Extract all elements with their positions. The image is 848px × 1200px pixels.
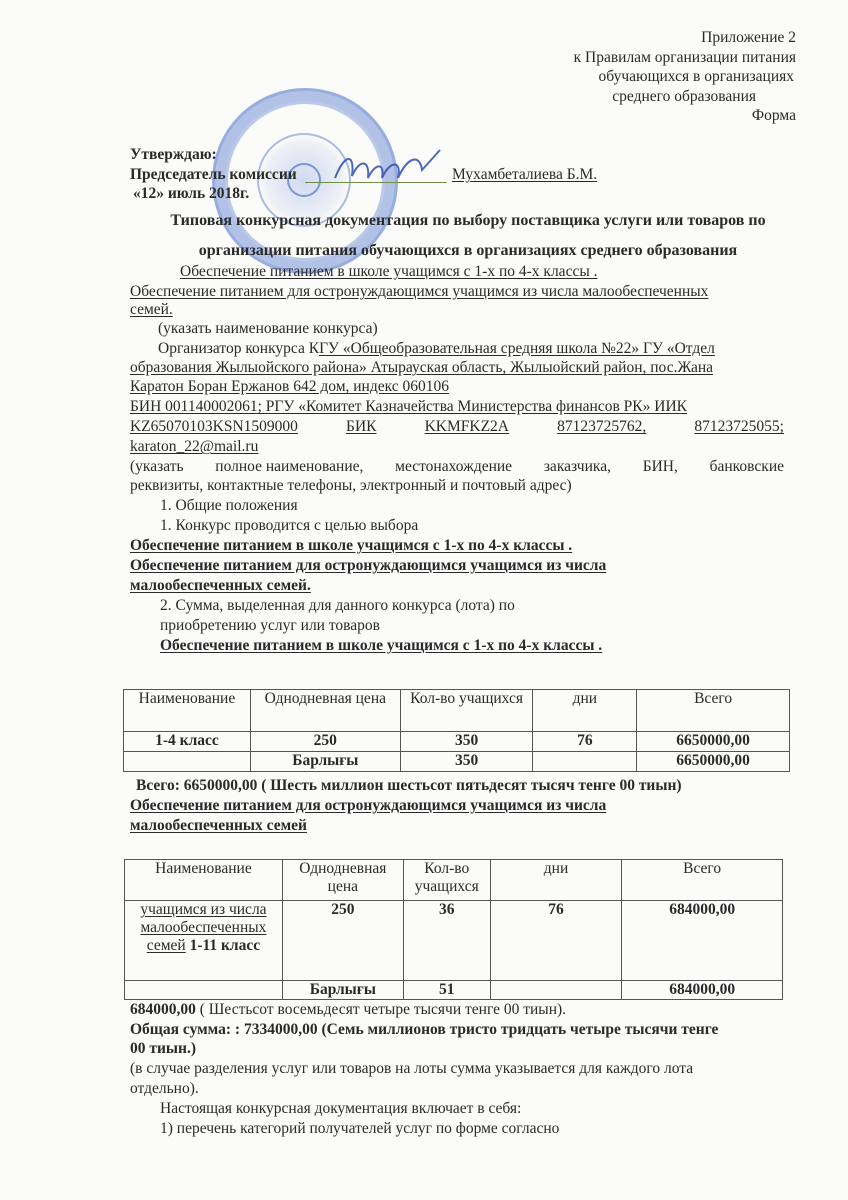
lot2-table: Наименование Однодневная цена Кол-во уча… — [124, 859, 783, 1000]
lot1-title: Обеспечение питанием в школе учащимся с … — [160, 637, 814, 655]
section-general-heading: 1. Общие положения — [160, 497, 814, 515]
header-price: Однодневная цена — [282, 860, 403, 901]
iik-value: KZ65070103KSN1509000 — [130, 418, 298, 436]
table-row: учащимся из числа малообеспеченных семей… — [125, 901, 783, 981]
lot1-table: Наименование Однодневная цена Кол-во уча… — [123, 689, 790, 772]
organizer-hint-line1: (указатьполное наименование,местонахожде… — [130, 458, 784, 476]
goal-2-line2: малообеспеченных семей. — [130, 577, 784, 595]
goal-2-line1: Обеспечение питанием для остронуждающимс… — [130, 557, 784, 575]
section-item-2-line1: 2. Сумма, выделенная для данного конкурс… — [160, 597, 814, 615]
lots-note-line2: отдельно). — [130, 1080, 784, 1098]
header-price: Однодневная цена — [250, 690, 400, 732]
header-name: Наименование — [124, 690, 251, 732]
organizer-bank-line: БИН 001140002061; РГУ «Комитет Казначейс… — [130, 398, 784, 416]
organizer-hint-line2: реквизиты, контактные телефоны, электрон… — [130, 477, 784, 495]
grand-total-line2: 00 тиын.) — [130, 1040, 784, 1058]
approval-date: «12» июль 2018г. — [133, 185, 249, 203]
table-total-row: Барлығы 51 684000,00 — [125, 981, 783, 1000]
section-item-2-line2: приобретению услуг или товаров — [160, 617, 814, 635]
section-item-1: 1. Конкурс проводится с целью выбора — [160, 517, 814, 535]
table-total-row: Барлығы 350 6650000,00 — [124, 752, 790, 772]
goal-1: Обеспечение питанием в школе учащимся с … — [130, 537, 784, 555]
organizer-line1: Организатор конкурса КГУ «Общеобразовате… — [158, 340, 812, 358]
table-header-row: Наименование Однодневная цена Кол-во уча… — [125, 860, 783, 901]
table-header-row: Наименование Однодневная цена Кол-во уча… — [124, 690, 790, 732]
includes-item-1: 1) перечень категорий получателей услуг … — [160, 1120, 814, 1138]
lot2-title-line1: Обеспечение питанием для остронуждающимс… — [130, 797, 784, 815]
contest-name-hint: (указать наименование конкурса) — [158, 320, 812, 338]
header-days: дни — [490, 860, 622, 901]
appendix-form: Форма — [574, 106, 796, 126]
includes-heading: Настоящая конкурсная документация включа… — [160, 1100, 814, 1118]
organizer-line2: образования Жылыойского района» Атырауск… — [130, 359, 784, 377]
header-name: Наименование — [125, 860, 283, 901]
bik-label: БИК — [346, 418, 376, 436]
document-title-line1: Типовая конкурсная документация по выбор… — [128, 212, 808, 230]
appendix-rules: к Правилам организации питания — [574, 48, 796, 68]
organizer-email[interactable]: karaton_22@mail.ru — [130, 438, 784, 456]
appendix-header: Приложение 2 к Правилам организации пита… — [574, 28, 796, 126]
chairman-name: Мухамбеталиева Б.М. — [452, 166, 597, 184]
table-row: 1-4 класс 250 350 76 6650000,00 — [124, 732, 790, 752]
approve-label: Утверждаю: — [130, 146, 217, 164]
header-total: Всего — [637, 690, 790, 732]
chairman-label: Председатель комиссии — [130, 166, 297, 184]
lot1-total-text: Всего: 6650000,00 ( Шесть миллион шестьс… — [136, 777, 790, 795]
bik-value: KKMFKZ2A — [425, 418, 509, 436]
phone-1: 87123725762, — [557, 418, 646, 436]
header-total: Всего — [622, 860, 783, 901]
organizer-line3: Каратон Боран Ержанов 642 дом, индекс 06… — [130, 378, 784, 396]
header-count: Кол-во учащихся — [400, 690, 533, 732]
contest-name-line2: Обеспечение питанием для остронуждающимс… — [130, 283, 784, 301]
appendix-number: Приложение 2 — [574, 28, 796, 48]
appendix-education: среднего образования — [574, 87, 756, 107]
document-title-line2: организации питания обучающихся в органи… — [128, 242, 808, 260]
phone-2: 87123725055; — [694, 418, 784, 436]
header-count: Кол-во учащихся — [403, 860, 490, 901]
organizer-requisites-line: KZ65070103KSN1509000 БИК KKMFKZ2A 871237… — [130, 418, 784, 436]
appendix-students: обучающихся в организациях — [574, 67, 794, 87]
lots-note-line1: (в случае разделения услуг или товаров н… — [130, 1060, 784, 1078]
grand-total-line1: Общая сумма: : 7334000,00 (Семь миллионо… — [130, 1021, 784, 1039]
lot2-title-line2: малообеспеченных семей — [130, 817, 784, 835]
contest-name-line3: семей. — [130, 301, 784, 319]
header-days: дни — [533, 690, 637, 732]
lot2-total-text: 684000,00 ( Шестьсот восемьдесят четыре … — [130, 1001, 784, 1019]
signature-line — [305, 182, 447, 183]
contest-name-line1: Обеспечение питанием в школе учащимся с … — [180, 263, 834, 281]
